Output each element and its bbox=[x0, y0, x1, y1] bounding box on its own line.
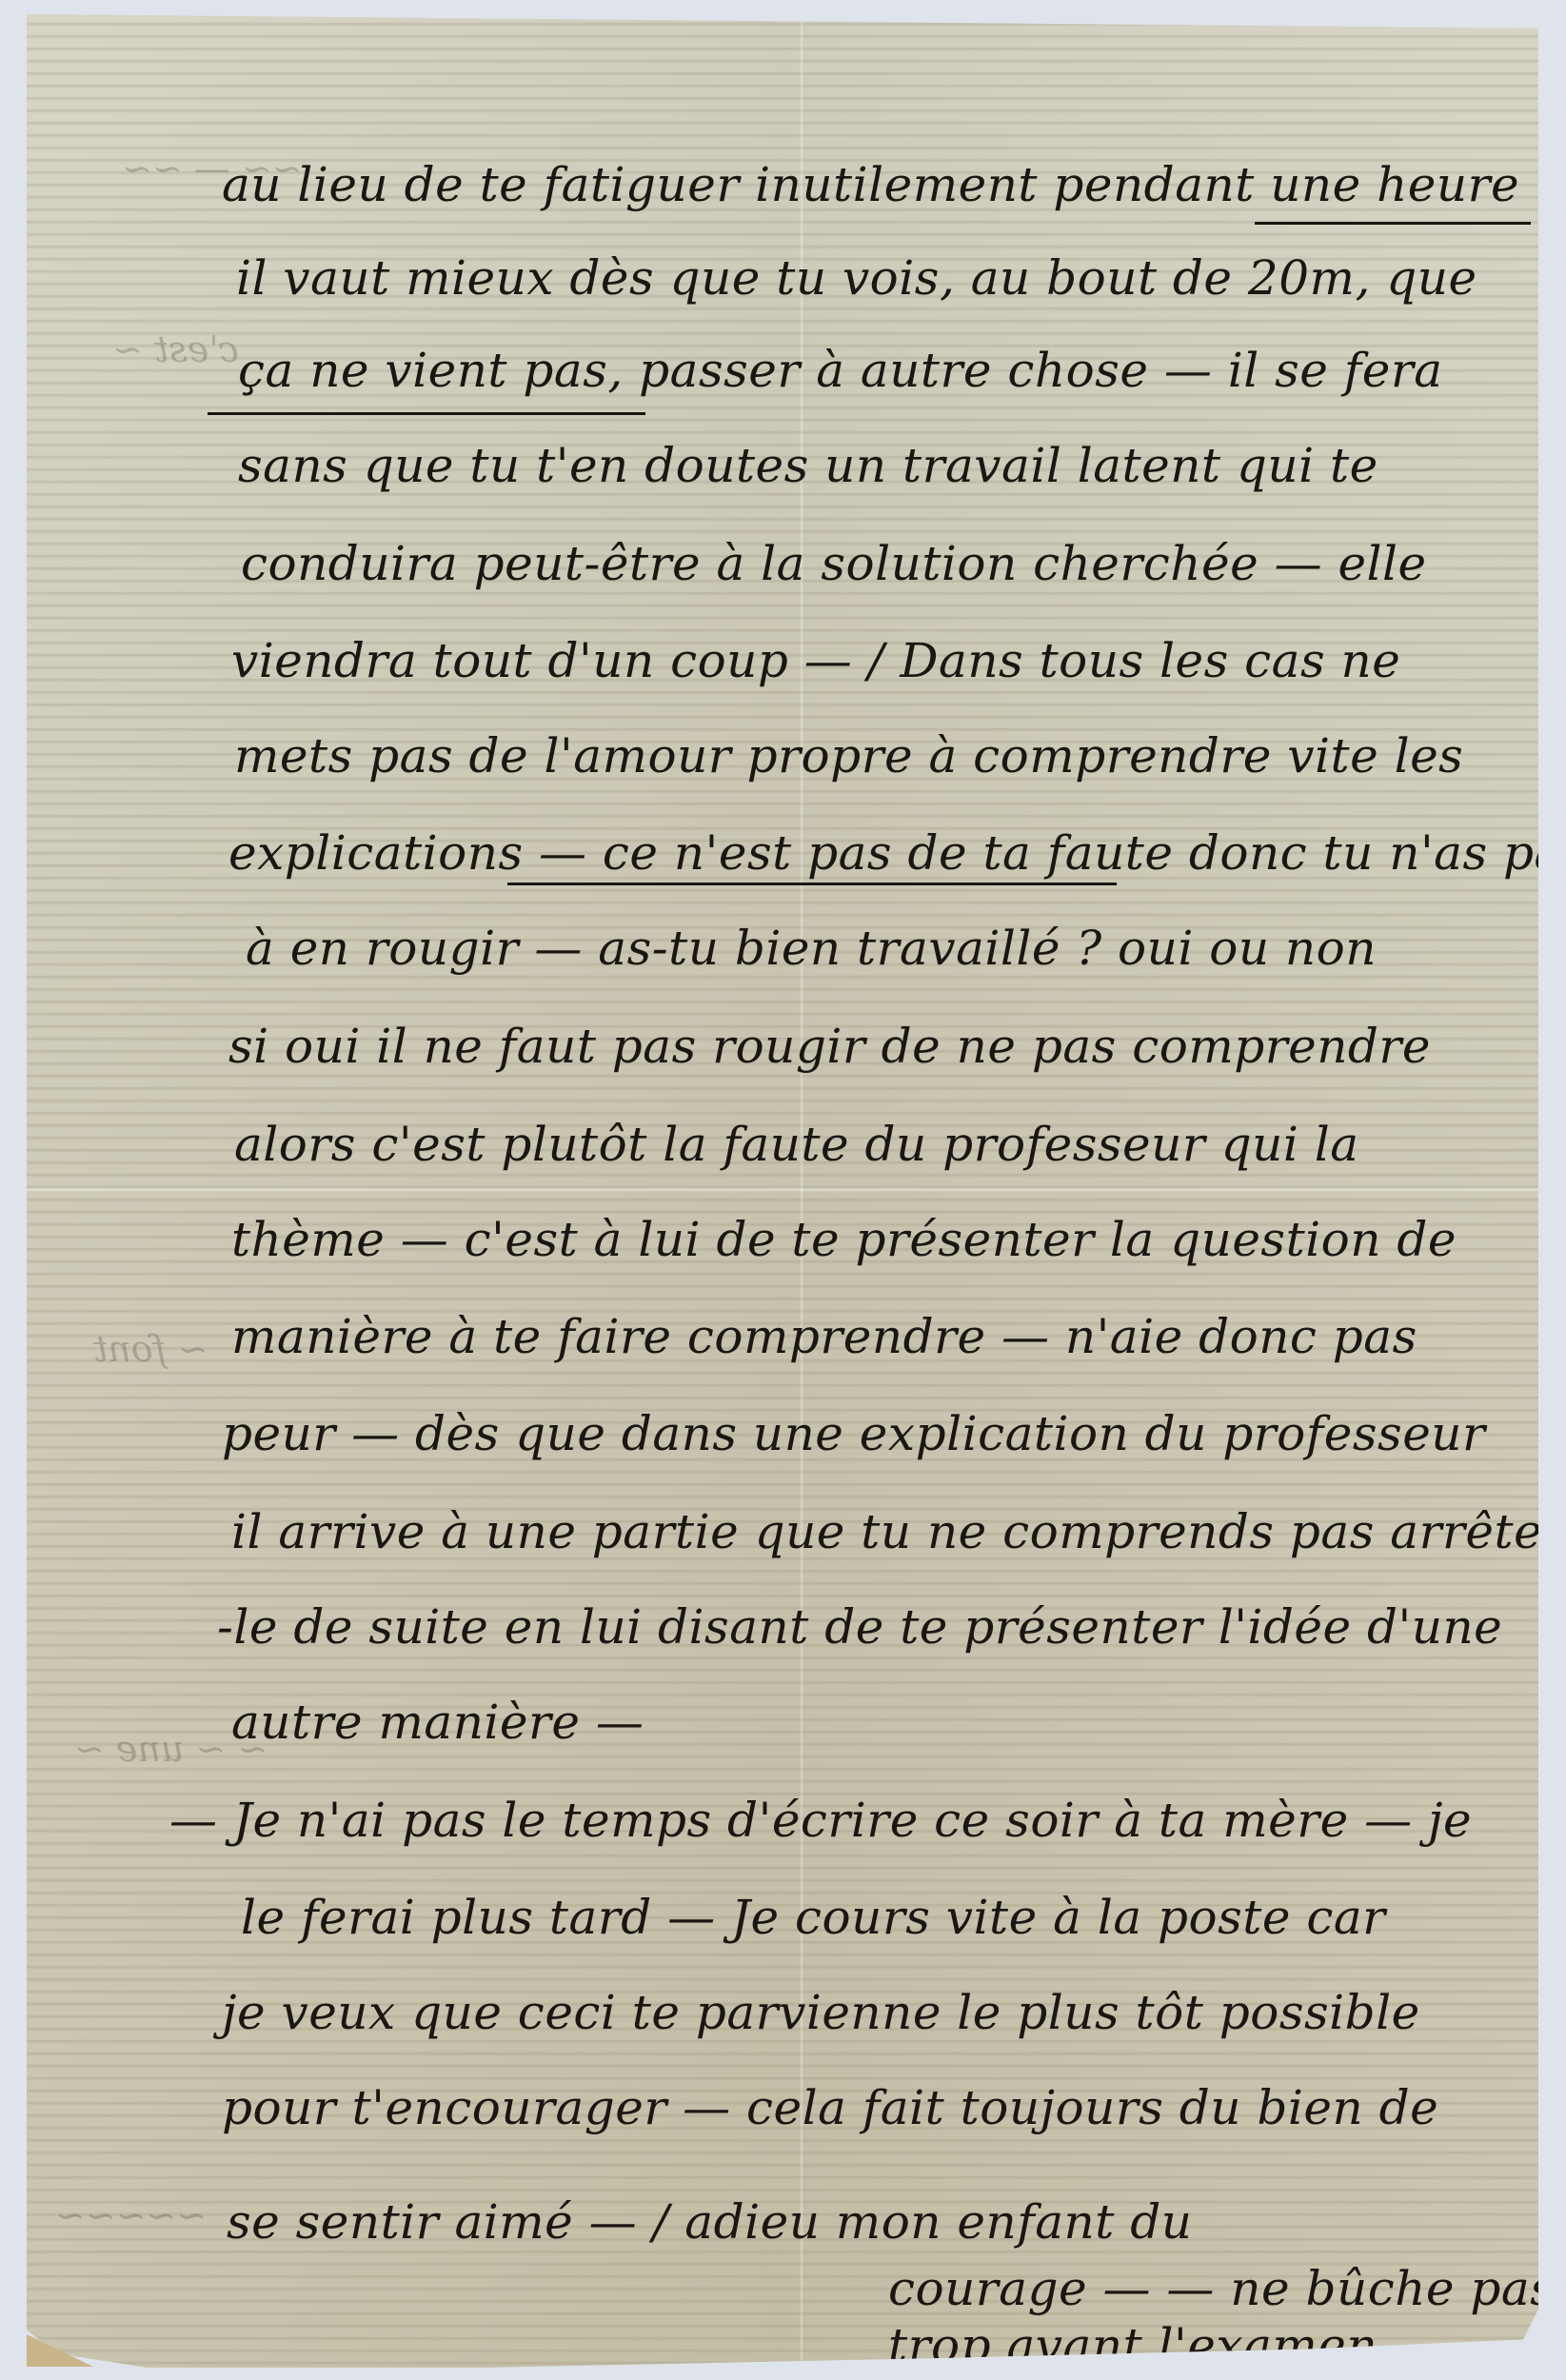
letter-line: mets pas de l'amour propre à comprendre … bbox=[234, 728, 1463, 783]
letter-line: explications — ce n'est pas de ta faute … bbox=[228, 825, 1566, 881]
letter-line: au lieu de te fatiguer inutilement penda… bbox=[222, 157, 1519, 212]
letter-line: si oui il ne faut pas rougir de ne pas c… bbox=[228, 1019, 1431, 1074]
underline-stroke bbox=[1255, 222, 1531, 225]
bleed-through-text: ~~~~~ bbox=[55, 2194, 207, 2236]
letter-line: il arrive à une partie que tu ne compren… bbox=[231, 1504, 1542, 1559]
letter-line: pour t'encourager — cela fait toujours d… bbox=[222, 2080, 1438, 2135]
letter-line: conduira peut-être à la solution cherché… bbox=[241, 536, 1427, 591]
letter-line: se sentir aimé — / adieu mon enfant du bbox=[227, 2194, 1192, 2250]
letter-line: — Je n'ai pas le temps d'écrire ce soir … bbox=[169, 1793, 1472, 1848]
letter-line: manière à te faire comprendre — n'aie do… bbox=[231, 1309, 1417, 1364]
letter-line: alors c'est plutôt la faute du professeu… bbox=[234, 1117, 1359, 1172]
letter-line: je veux que ceci te parvienne le plus tô… bbox=[222, 1985, 1420, 2040]
bleed-through-text: ~ font bbox=[93, 1328, 208, 1370]
letter-line: -le de suite en lui disant de te présent… bbox=[217, 1599, 1502, 1655]
letter-line: courage — — ne bûche pas bbox=[888, 2261, 1555, 2316]
letter-line: autre manière — bbox=[231, 1695, 644, 1750]
letter-line: il vaut mieux dès que tu vois, au bout d… bbox=[236, 250, 1477, 306]
underline-stroke bbox=[208, 412, 645, 415]
letter-line: peur — dès que dans une explication du p… bbox=[222, 1406, 1485, 1461]
letter-paper: ~~ — ~~ c'est ~ ~ font ~ ~ une ~ ~~~~~ a… bbox=[27, 14, 1538, 2368]
letter-line: ça ne vient pas, passer à autre chose — … bbox=[238, 343, 1443, 398]
letter-line: viendra tout d'un coup — / Dans tous les… bbox=[231, 633, 1400, 688]
underline-stroke bbox=[507, 883, 1117, 885]
letter-line: à en rougir — as-tu bien travaillé ? oui… bbox=[246, 921, 1377, 976]
letter-line: le ferai plus tard — Je cours vite à la … bbox=[241, 1890, 1386, 1945]
letter-line: sans que tu t'en doutes un travail laten… bbox=[238, 438, 1378, 493]
bleed-through-text: c'est ~ bbox=[112, 328, 239, 370]
horizontal-fold-crease bbox=[27, 1187, 1538, 1192]
underline-stroke bbox=[1031, 2366, 1193, 2369]
letter-line: trop avant l'examen bbox=[888, 2318, 1378, 2373]
letter-line: thème — c'est à lui de te présenter la q… bbox=[231, 1212, 1457, 1267]
